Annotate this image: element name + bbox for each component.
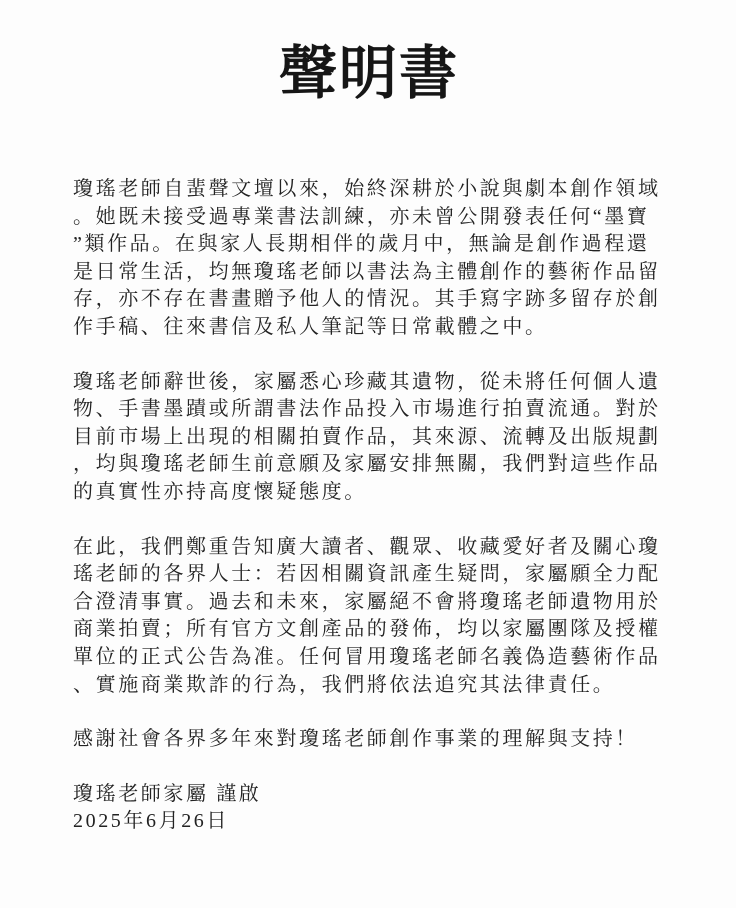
statement-paragraph-1: 瓊瑤老師自蜚聲文壇以來，始終深耕於小說與劇本創作領域 。她既未接受過專業書法訓練… xyxy=(73,176,668,342)
document-body: 瓊瑤老師自蜚聲文壇以來，始終深耕於小說與劇本創作領域 。她既未接受過專業書法訓練… xyxy=(0,176,736,836)
signature-block: 瓊瑤老師家屬 謹啟 2025年6月26日 xyxy=(73,781,668,836)
statement-document-page: 聲明書 瓊瑤老師自蜚聲文壇以來，始終深耕於小說與劇本創作領域 。她既未接受過專業… xyxy=(0,0,736,908)
statement-closing-thanks: 感謝社會各界多年來對瓊瑤老師創作事業的理解與支持！ xyxy=(73,726,668,754)
date-line: 2025年6月26日 xyxy=(73,808,668,836)
statement-paragraph-3: 在此，我們鄭重告知廣大讀者、觀眾、收藏愛好者及關心瓊 瑤老師的各界人士：若因相關… xyxy=(73,534,668,700)
document-title: 聲明書 xyxy=(0,0,736,106)
statement-paragraph-2: 瓊瑤老師辭世後，家屬悉心珍藏其遺物，從未將任何個人遺 物、手書墨蹟或所謂書法作品… xyxy=(73,369,668,507)
signature-line: 瓊瑤老師家屬 謹啟 xyxy=(73,781,668,809)
